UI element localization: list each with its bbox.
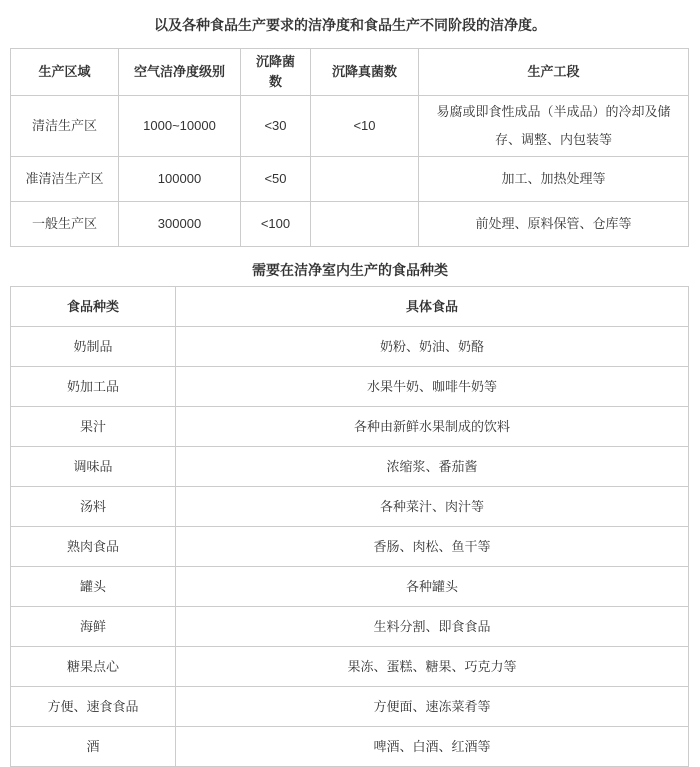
cell-fungi — [311, 157, 419, 202]
table-row: 糖果点心 果冻、蛋糕、糖果、巧克力等 — [11, 647, 689, 687]
cell-level: 300000 — [119, 202, 241, 247]
table-row: 一般生产区 300000 <100 前处理、原料保管、仓库等 — [11, 202, 689, 247]
cell-category: 罐头 — [11, 567, 176, 607]
cell-foods: 香肠、肉松、鱼干等 — [176, 527, 689, 567]
column-header-air-cleanliness-level: 空气洁净度级别 — [119, 49, 241, 96]
cell-area: 清洁生产区 — [11, 96, 119, 157]
food-table: 食品种类 具体食品 奶制品 奶粉、奶油、奶酪 奶加工品 水果牛奶、咖啡牛奶等 果… — [10, 286, 689, 767]
column-header-settling-bacteria: 沉降菌数 — [241, 49, 311, 96]
table-row: 奶制品 奶粉、奶油、奶酪 — [11, 327, 689, 367]
cell-category: 汤料 — [11, 487, 176, 527]
column-header-settling-fungi: 沉降真菌数 — [311, 49, 419, 96]
cleanliness-table-header-row: 生产区域 空气洁净度级别 沉降菌数 沉降真菌数 生产工段 — [11, 49, 689, 96]
cell-bacteria: <50 — [241, 157, 311, 202]
cell-foods: 果冻、蛋糕、糖果、巧克力等 — [176, 647, 689, 687]
cell-stage: 加工、加热处理等 — [419, 157, 689, 202]
column-header-specific-food: 具体食品 — [176, 287, 689, 327]
cell-area: 一般生产区 — [11, 202, 119, 247]
table-row: 罐头 各种罐头 — [11, 567, 689, 607]
cell-foods: 各种菜汁、肉汁等 — [176, 487, 689, 527]
cell-foods: 啤酒、白酒、红酒等 — [176, 727, 689, 767]
cell-foods: 生料分割、即食食品 — [176, 607, 689, 647]
cell-fungi: <10 — [311, 96, 419, 157]
cell-category: 方便、速食食品 — [11, 687, 176, 727]
document-page: 以及各种食品生产要求的洁净度和食品生产不同阶段的洁净度。 生产区域 空气洁净度级… — [0, 16, 700, 767]
table-row: 清洁生产区 1000~10000 <30 <10 易腐或即食性成品（半成品）的冷… — [11, 96, 689, 157]
food-table-title: 需要在洁净室内生产的食品种类 — [0, 262, 700, 278]
cell-foods: 各种由新鲜水果制成的饮料 — [176, 407, 689, 447]
cell-level: 100000 — [119, 157, 241, 202]
table-row: 酒 啤酒、白酒、红酒等 — [11, 727, 689, 767]
cell-category: 奶加工品 — [11, 367, 176, 407]
table-row: 调味品 浓缩浆、番茄酱 — [11, 447, 689, 487]
cell-foods: 奶粉、奶油、奶酪 — [176, 327, 689, 367]
cell-category: 调味品 — [11, 447, 176, 487]
table-row: 方便、速食食品 方便面、速冻菜肴等 — [11, 687, 689, 727]
cell-level: 1000~10000 — [119, 96, 241, 157]
table-row: 奶加工品 水果牛奶、咖啡牛奶等 — [11, 367, 689, 407]
cell-area: 准清洁生产区 — [11, 157, 119, 202]
cell-foods: 方便面、速冻菜肴等 — [176, 687, 689, 727]
cell-category: 果汁 — [11, 407, 176, 447]
cleanliness-table: 生产区域 空气洁净度级别 沉降菌数 沉降真菌数 生产工段 清洁生产区 1000~… — [10, 48, 689, 247]
table-row: 果汁 各种由新鲜水果制成的饮料 — [11, 407, 689, 447]
cell-bacteria: <100 — [241, 202, 311, 247]
cell-foods: 各种罐头 — [176, 567, 689, 607]
column-header-production-area: 生产区域 — [11, 49, 119, 96]
cell-stage: 前处理、原料保管、仓库等 — [419, 202, 689, 247]
cell-fungi — [311, 202, 419, 247]
cell-category: 糖果点心 — [11, 647, 176, 687]
cell-category: 海鲜 — [11, 607, 176, 647]
cell-category: 奶制品 — [11, 327, 176, 367]
cell-foods: 浓缩浆、番茄酱 — [176, 447, 689, 487]
table-row: 熟肉食品 香肠、肉松、鱼干等 — [11, 527, 689, 567]
column-header-food-category: 食品种类 — [11, 287, 176, 327]
cell-category: 熟肉食品 — [11, 527, 176, 567]
cell-stage: 易腐或即食性成品（半成品）的冷却及储存、调整、内包装等 — [419, 96, 689, 157]
cell-foods: 水果牛奶、咖啡牛奶等 — [176, 367, 689, 407]
cell-category: 酒 — [11, 727, 176, 767]
table-row: 海鲜 生料分割、即食食品 — [11, 607, 689, 647]
cell-bacteria: <30 — [241, 96, 311, 157]
table-row: 汤料 各种菜汁、肉汁等 — [11, 487, 689, 527]
food-table-header-row: 食品种类 具体食品 — [11, 287, 689, 327]
column-header-production-stage: 生产工段 — [419, 49, 689, 96]
intro-text: 以及各种食品生产要求的洁净度和食品生产不同阶段的洁净度。 — [0, 16, 700, 34]
table-row: 准清洁生产区 100000 <50 加工、加热处理等 — [11, 157, 689, 202]
